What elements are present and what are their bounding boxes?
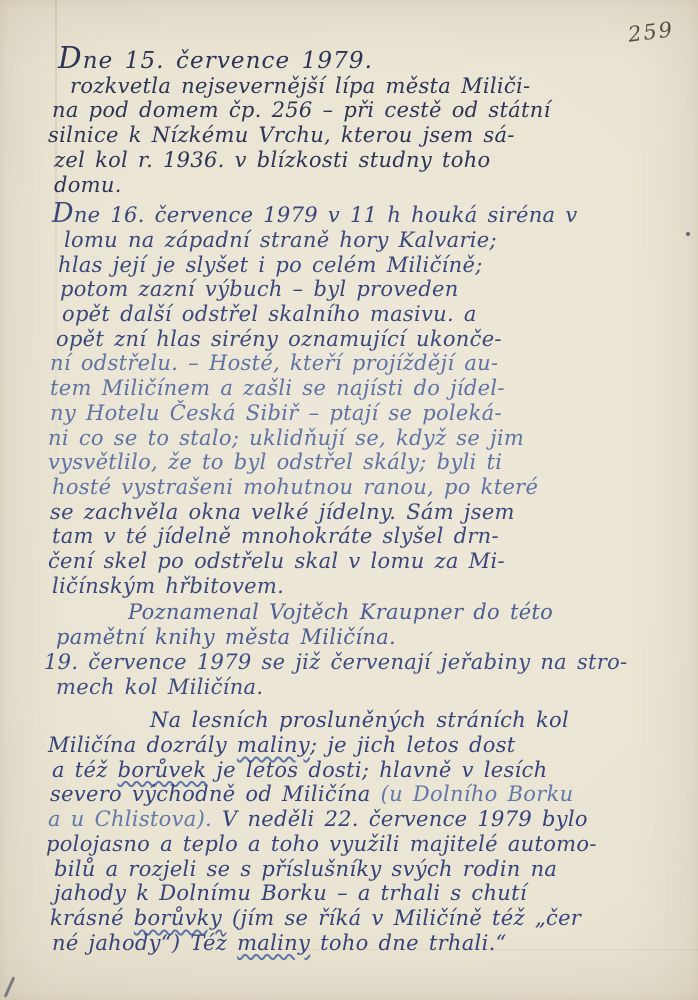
entry-1979-07-16: Dne 16. července 1979 v 11 h houká sirén… [40,202,672,598]
entry-date-line: Dne 15. července 1979. [58,46,672,74]
handwriting-line: na pod domem čp. 256 – při cestě od stát… [52,98,672,123]
parenthetical-light-ink: a u Chlistova). [48,807,222,831]
line-segment: severo východně od Miličína [50,782,381,806]
chronicler-signature-line: Poznamenal Vojtěch Kraupner do této [128,600,672,625]
handwriting-line: a u Chlistova). V neděli 22. července 19… [48,807,672,832]
entry-1979-07-22-berries: Na lesních prosluněných stráních kol Mil… [40,708,672,955]
entry-signature: Poznamenal Vojtěch Kraupner do této pamě… [40,600,672,649]
underlined-word-maliny: maliny [237,931,310,955]
handwriting-line: tam v té jídelně mnohokráte slyšel drn- [52,524,672,549]
handwriting-line: mech kol Miličína. [56,675,672,700]
handwriting-line: Miličína dozrály maliny; je jich letos d… [48,733,672,758]
handwriting-line: polojasno a teplo a toho využili majitel… [46,832,672,857]
line-segment: krásné [50,906,134,930]
handwriting-line: silnice k Nízkému Vrchu, kterou jsem sá- [48,123,672,148]
handwriting-line: ličínským hřbitovem. [52,574,672,599]
handwriting-line: se zachvěla okna velké jídelny. Sám jsem [50,500,672,525]
parenthetical-light-ink: (u Dolního Borku [381,782,574,806]
handwriting-line: opět zní hlas sirény oznamující ukonče- [56,327,672,352]
entry-1979-07-15: Dne 15. července 1979. rozkvetla nejseve… [40,46,672,197]
line-segment: toho dne trhali.“ [310,931,506,955]
handwriting-line: ní odstřelu. – Hosté, kteří projíždějí a… [50,351,672,376]
corner-ink-mark [4,976,16,997]
handwriting-line: zel kol r. 1936. v blízkosti studny toho [54,148,672,173]
handwriting-line: bilů a rozjeli se s příslušníky svých ro… [54,857,672,882]
line-segment: Miličína dozrály [48,733,237,757]
handwriting-line: né jahody“) Též maliny toho dne trhali.“ [52,931,672,956]
entry-1979-07-19: 19. července 1979 se již červenají jeřab… [40,650,672,699]
chronicle-page: 259 Dne 15. července 1979. rozkvetla nej… [0,0,698,1000]
page-number: 259 [627,17,676,46]
line-segment: a též [52,758,118,782]
handwriting-line: lomu na západní straně hory Kalvarie; [64,228,672,253]
line-segment: (jím se říká v Miličíně též „čer [222,906,581,930]
handwriting-line: hlas její je slyšet i po celém Miličíně; [58,253,672,278]
handwriting-line: tem Miličínem a zašli se najísti do jíde… [50,376,672,401]
underlined-word-maliny: maliny [237,733,310,757]
handwriting-line: jahody k Dolnímu Borku – a trhali s chut… [54,881,672,906]
line-segment: né jahody“) Též [52,931,237,955]
handwriting-line: a též borůvek je letos dosti; hlavně v l… [52,758,672,783]
chronicler-signature-line: pamětní knihy města Miličína. [56,625,672,650]
handwriting-line: domu. [54,173,672,198]
handwriting-line: ny Hotelu Česká Sibiř – ptají se poleká- [50,401,672,426]
handwriting-line: ni co se to stalo; uklidňují se, když se… [48,426,672,451]
handwriting-line: Na lesních prosluněných stráních kol [150,708,672,733]
line-segment: V neděli 22. července 1979 bylo [222,807,588,831]
handwriting-line: potom zazní výbuch – byl proveden [60,277,672,302]
handwriting-line: vysvětlilo, že to byl odstřel skály; byl… [48,450,672,475]
line-segment: je letos dosti; hlavně v lesích [206,758,547,782]
margin-ink-dot [686,232,690,236]
line-segment: ; je jich letos dost [310,733,516,757]
handwriting-line: rozkvetla nejsevernější lípa města Milič… [70,74,672,99]
handwritten-text: Dne 15. července 1979. rozkvetla nejseve… [40,46,672,955]
handwriting-line: hosté vystrašeni mohutnou ranou, po kter… [52,475,672,500]
entry-date-line: Dne 16. července 1979 v 11 h houká sirén… [52,202,672,228]
handwriting-line: čení skel po odstřelu skal v lomu za Mi- [48,549,672,574]
underlined-word-boruvek: borůvek [118,758,207,782]
handwriting-line: severo východně od Miličína (u Dolního B… [50,782,672,807]
handwriting-line: opět další odstřel skalního masivu. a [62,302,672,327]
handwriting-line: krásné borůvky (jím se říká v Miličíně t… [50,906,672,931]
underlined-word-boruvky: borůvky [134,906,222,930]
entry-date-line: 19. července 1979 se již červenají jeřab… [44,650,672,675]
